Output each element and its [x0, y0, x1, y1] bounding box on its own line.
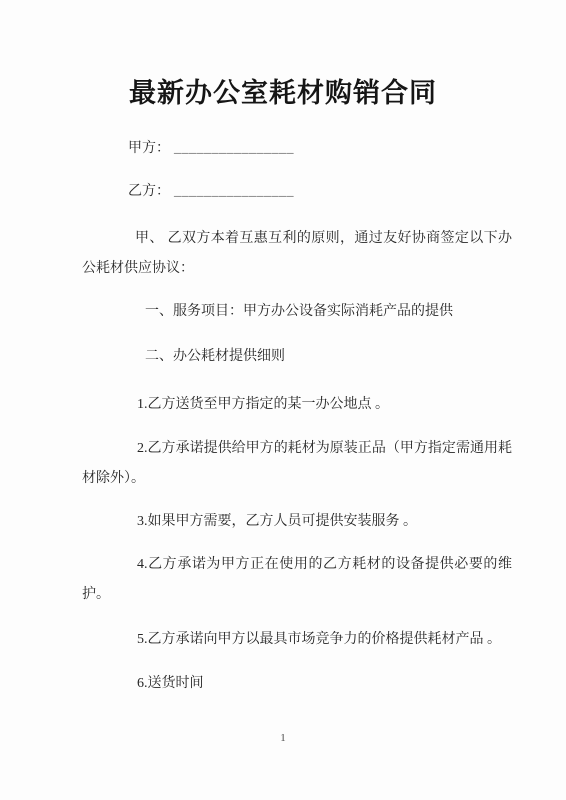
clause-2-genuine-products: 2.乙方承诺提供给甲方的耗材为原装正品（甲方指定需通用耗材除外）。	[82, 434, 512, 494]
party-a-line: 甲方：________________	[128, 134, 294, 164]
document-page: 最新办公室耗材购销合同 甲方：________________ 乙方：_____…	[0, 0, 566, 800]
clause-3-installation-service: 3.如果甲方需要，乙方人员可提供安装服务 。	[82, 507, 512, 537]
page-number: 1	[0, 731, 566, 745]
party-b-blank: ________________	[174, 184, 294, 199]
clause-5-competitive-price: 5.乙方承诺向甲方以最具市场竞争力的价格提供耗材产品 。	[82, 625, 512, 655]
party-b-line: 乙方：________________	[128, 177, 294, 207]
section-1-service-items: 一、服务项目：甲方办公设备实际消耗产品的提供	[82, 297, 512, 327]
party-a-blank: ________________	[174, 141, 294, 156]
clause-6-delivery-time: 6.送货时间	[82, 669, 512, 699]
clause-1-delivery-location: 1.乙方送货至甲方指定的某一办公地点 。	[82, 390, 512, 420]
party-a-label: 甲方：	[128, 141, 170, 156]
section-2-supply-rules: 二、办公耗材提供细则	[82, 342, 512, 372]
document-title: 最新办公室耗材购销合同	[0, 76, 566, 112]
intro-paragraph: 甲、 乙双方本着互惠互利的原则，通过友好协商签定以下办公耗材供应协议：	[82, 224, 512, 284]
clause-4-maintenance: 4.乙方承诺为甲方正在使用的乙方耗材的设备提供必要的维护。	[82, 550, 512, 610]
party-b-label: 乙方：	[128, 184, 170, 199]
